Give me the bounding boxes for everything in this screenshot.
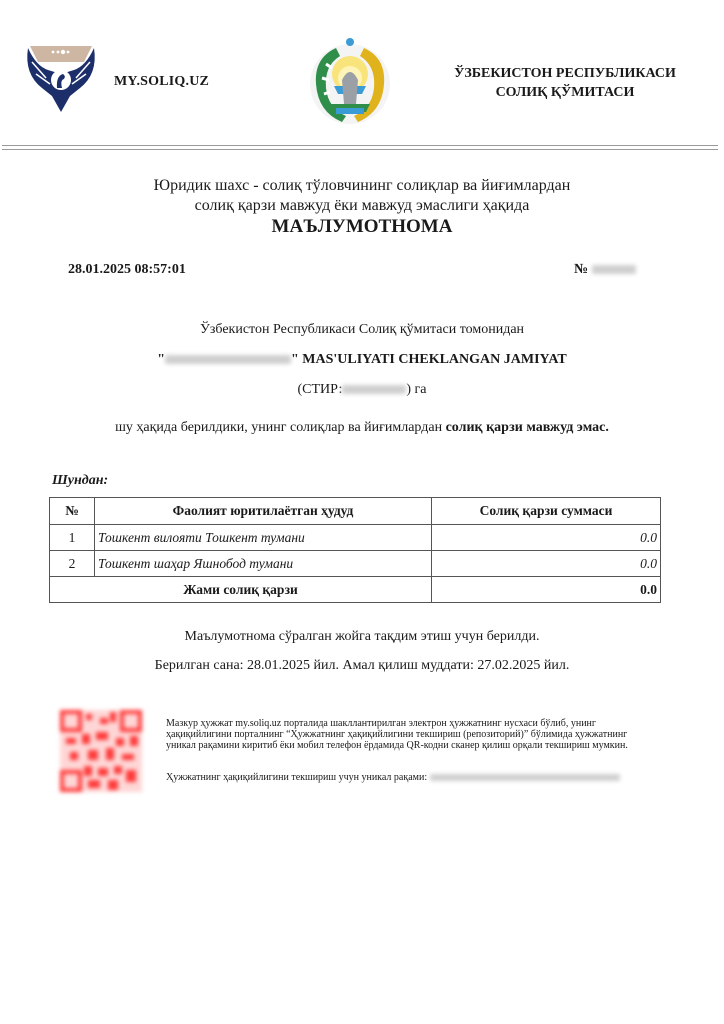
row-amount: 0.0: [432, 551, 661, 577]
quote-open: ": [157, 352, 165, 367]
company-suffix: " MAS'ULIYATI CHEKLANGAN JAMIYAT: [291, 352, 567, 367]
total-label: Жами солиқ қарзи: [50, 577, 432, 603]
document-title: МАЪЛУМОТНОМА: [0, 216, 724, 238]
tin-prefix: (СТИР:: [298, 382, 343, 397]
validity-dates: Берилган сана: 28.01.2025 йил. Амал қили…: [0, 658, 724, 674]
total-amount: 0.0: [432, 577, 661, 603]
tax-debt-table: № Фаолият юритилаётган ҳудуд Солиқ қарзи…: [49, 497, 661, 603]
subtitle-line-1: Юридик шахс - солиқ тўловчининг солиқлар…: [0, 176, 724, 196]
header-number: №: [50, 498, 95, 525]
row-number: 1: [50, 525, 95, 551]
header-region: Фаолият юритилаётган ҳудуд: [95, 498, 432, 525]
issue-datetime: 28.01.2025 08:57:01: [68, 262, 186, 278]
unique-id-redacted: [430, 774, 620, 781]
row-amount: 0.0: [432, 525, 661, 551]
committee-name: ЎЗБЕКИСТОН РЕСПУБЛИКАСИ СОЛИҚ ҚЎМИТАСИ: [440, 64, 690, 102]
statement-text: шу ҳақида берилдики, унинг солиқлар ва й…: [115, 420, 445, 435]
table-row: 2 Тошкент шаҳар Яшнобод тумани 0.0: [50, 551, 661, 577]
qr-code-icon: [60, 710, 142, 792]
number-label: №: [574, 262, 588, 277]
row-number: 2: [50, 551, 95, 577]
header-amount: Солиқ қарзи суммаси: [432, 498, 661, 525]
table-caption: Шундан:: [52, 473, 108, 489]
row-region: Тошкент шаҳар Яшнобод тумани: [95, 551, 432, 577]
statement-line: шу ҳақида берилдики, унинг солиқлар ва й…: [0, 420, 724, 436]
subtitle-line-2: солиқ қарзи мавжуд ёки мавжуд эмаслиги ҳ…: [0, 196, 724, 216]
tin-line: (СТИР:) га: [0, 382, 724, 398]
tin-suffix: ) га: [406, 382, 426, 397]
table-row: 1 Тошкент вилояти Тошкент тумани 0.0: [50, 525, 661, 551]
table-total-row: Жами солиқ қарзи 0.0: [50, 577, 661, 603]
unique-id-line: Ҳужжатнинг ҳақиқийлигини текшириш учун у…: [166, 772, 620, 783]
unique-id-label: Ҳужжатнинг ҳақиқийлигини текшириш учун у…: [166, 772, 427, 783]
site-name: MY.SOLIQ.UZ: [114, 74, 209, 90]
committee-line-1: ЎЗБЕКИСТОН РЕСПУБЛИКАСИ: [440, 64, 690, 83]
presented-note: Маълумотнома сўралган жойга тақдим этиш …: [0, 629, 724, 645]
committee-line-2: СОЛИҚ ҚЎМИТАСИ: [440, 83, 690, 102]
statement-conclusion: солиқ қарзи мавжуд эмас.: [446, 420, 609, 435]
document-number: №: [574, 262, 636, 278]
number-value-redacted: [592, 265, 636, 274]
row-region: Тошкент вилояти Тошкент тумани: [95, 525, 432, 551]
header-divider: [2, 145, 718, 150]
tin-value-redacted: [342, 385, 406, 394]
company-line: "" MAS'ULIYATI CHEKLANGAN JAMIYAT: [0, 352, 724, 368]
issuer-line: Ўзбекистон Республикаси Солиқ қўмитаси т…: [0, 322, 724, 338]
document-subtitle: Юридик шахс - солиқ тўловчининг солиқлар…: [0, 176, 724, 216]
company-name-redacted: [165, 355, 291, 364]
state-emblem-icon: [306, 34, 394, 126]
verification-note: Мазкур ҳужжат my.soliq.uz порталида шакл…: [166, 718, 636, 751]
table-header-row: № Фаолият юритилаётган ҳудуд Солиқ қарзи…: [50, 498, 661, 525]
mysoliq-logo-icon: [22, 44, 100, 114]
